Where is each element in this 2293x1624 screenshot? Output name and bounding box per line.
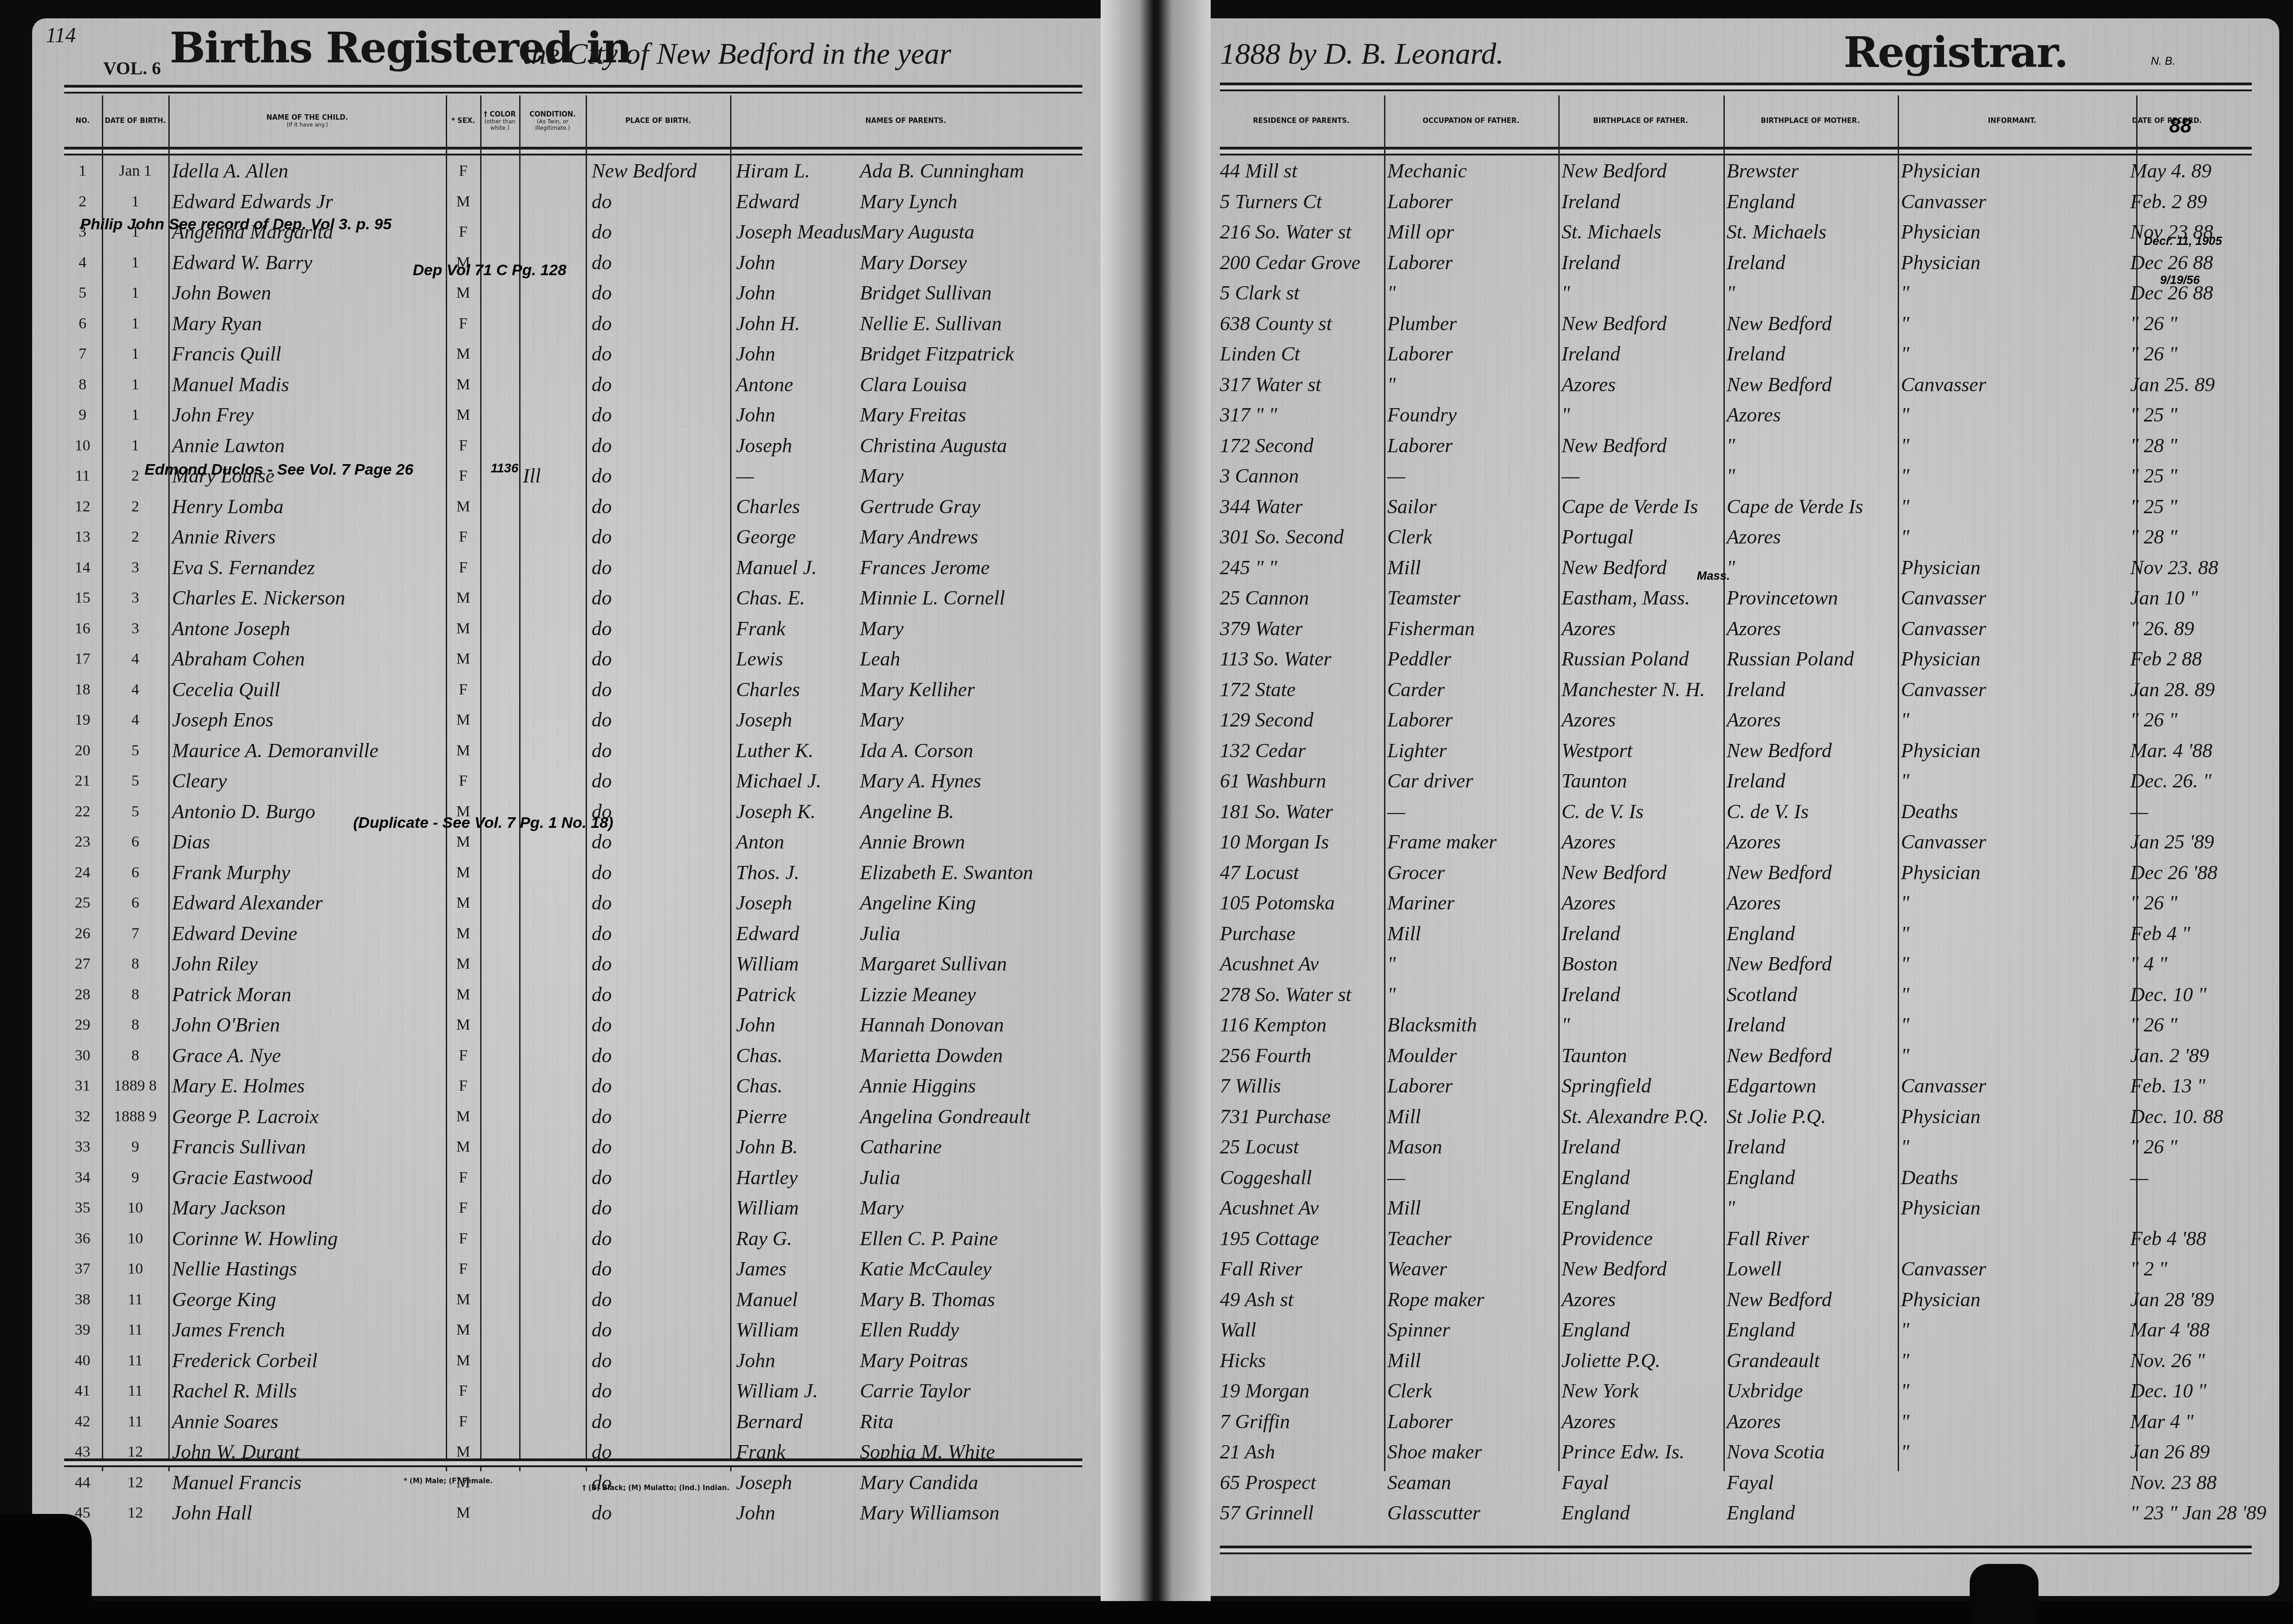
cell-mother: Minnie L. Cornell	[860, 583, 1089, 613]
cell-date: 9	[103, 1132, 167, 1162]
cell-residence: 10 Morgan Is	[1220, 827, 1383, 857]
cell-bp-mother: Ireland	[1727, 675, 1896, 705]
cell-place: do	[592, 705, 729, 735]
cell-residence: Acushnet Av	[1220, 949, 1383, 979]
cell-mother: Mary Freitas	[860, 400, 1089, 430]
table-row: 731 PurchaseMillSt. Alexandre P.Q.St Jol…	[1220, 1102, 2252, 1132]
table-row: 174Abraham CohenMdoLewisLeah	[64, 644, 1096, 674]
cell-father: John	[736, 339, 855, 369]
cell-name: Gracie Eastwood	[172, 1163, 447, 1193]
cell-date: 4	[103, 705, 167, 735]
cell-color	[484, 858, 516, 888]
cell-residence: 3 Cannon	[1220, 461, 1383, 491]
cell-bp-father: Westport	[1562, 736, 1724, 766]
cell-recorded	[2130, 1193, 2240, 1223]
cell-informant: "	[1901, 1376, 2126, 1406]
cell-mother: Julia	[860, 919, 1089, 949]
cell-father: Manuel J.	[736, 553, 855, 583]
scan-clip-shadow	[1970, 1564, 2038, 1624]
cell-mother: Gertrude Gray	[860, 492, 1089, 522]
cell-bp-father: England	[1562, 1315, 1724, 1345]
cell-informant	[1901, 1468, 2126, 1498]
cell-informant: Canvasser	[1901, 370, 2126, 400]
cell-no: 31	[64, 1071, 101, 1101]
table-row: 301 So. SecondClerkPortugalAzores"" 28 "	[1220, 522, 2252, 552]
cell-recorded: Jan. 2 '89	[2130, 1041, 2240, 1071]
cell-color	[484, 339, 516, 369]
cell-recorded: Dec. 26. "	[2130, 766, 2240, 796]
cell-father: Joseph K.	[736, 797, 855, 827]
cell-condition	[523, 736, 582, 766]
cell-father: Manuel	[736, 1285, 855, 1315]
cell-father: Joseph	[736, 888, 855, 918]
cell-bp-mother: Uxbridge	[1727, 1376, 1896, 1406]
cell-bp-father: Cape de Verde Is	[1562, 492, 1724, 522]
cell-condition	[523, 1041, 582, 1071]
cell-no: 15	[64, 583, 101, 613]
cell-name: Edward Alexander	[172, 888, 447, 918]
cell-condition	[523, 583, 582, 613]
cell-bp-mother: "	[1727, 431, 1896, 461]
table-row: 25 LocustMasonIrelandIreland"" 26 "	[1220, 1132, 2252, 1162]
cell-occupation: "	[1387, 278, 1557, 308]
cell-no: 12	[64, 492, 101, 522]
table-row: 317 " "Foundry"Azores"" 25 "	[1220, 400, 2252, 430]
table-row: 113 So. WaterPeddlerRussian PolandRussia…	[1220, 644, 2252, 674]
table-row: 349Gracie EastwoodFdoHartleyJulia	[64, 1163, 1096, 1193]
cell-informant: "	[1901, 309, 2126, 339]
cell-place: do	[592, 1193, 729, 1223]
cell-recorded: —	[2130, 1163, 2240, 1193]
cell-color	[484, 1346, 516, 1376]
cell-bp-father: Taunton	[1562, 766, 1724, 796]
cell-informant: "	[1901, 705, 2126, 735]
cell-name: Idella A. Allen	[172, 156, 447, 186]
table-row: 116 KemptonBlacksmith"Ireland"" 26 "	[1220, 1010, 2252, 1040]
cell-mother: Mary	[860, 1193, 1089, 1223]
cell-father: John	[736, 1346, 855, 1376]
cell-bp-mother: Azores	[1727, 888, 1896, 918]
cell-bp-mother: Azores	[1727, 827, 1896, 857]
cell-no: 24	[64, 858, 101, 888]
cell-bp-father: Joliette P.Q.	[1562, 1346, 1724, 1376]
cell-bp-father: "	[1562, 278, 1724, 308]
cell-occupation: Clerk	[1387, 1376, 1557, 1406]
cell-color	[484, 675, 516, 705]
volume-label: VOL. 6	[103, 57, 161, 79]
col-header-informant: Informant.	[1899, 95, 2126, 146]
table-row: 256Edward AlexanderMdoJosephAngeline Kin…	[64, 888, 1096, 918]
cell-sex: M	[449, 187, 477, 217]
cell-sex: F	[449, 1376, 477, 1406]
cell-occupation: Car driver	[1387, 766, 1557, 796]
cell-occupation: "	[1387, 949, 1557, 979]
table-row: Coggeshall—EnglandEnglandDeaths—	[1220, 1163, 2252, 1193]
cell-residence: 49 Ash st	[1220, 1285, 1383, 1315]
cell-condition	[523, 1193, 582, 1223]
scan-shadow	[0, 1601, 2293, 1624]
cell-informant: Canvasser	[1901, 675, 2126, 705]
cell-date: 11	[103, 1315, 167, 1345]
cell-condition	[523, 1468, 582, 1498]
cell-father: Antone	[736, 370, 855, 400]
cell-color	[484, 1407, 516, 1437]
cell-name: Manuel Madis	[172, 370, 447, 400]
cell-informant: Canvasser	[1901, 187, 2126, 217]
cell-residence: 195 Cottage	[1220, 1224, 1383, 1254]
cell-informant: Physician	[1901, 1285, 2126, 1315]
cell-place: do	[592, 461, 729, 491]
table-row: 172 StateCarderManchester N. H.IrelandCa…	[1220, 675, 2252, 705]
cell-place: New Bedford	[592, 156, 729, 186]
cell-occupation: Plumber	[1387, 309, 1557, 339]
cell-date: 1	[103, 309, 167, 339]
cell-color	[484, 1315, 516, 1345]
cell-condition	[523, 858, 582, 888]
cell-name: Edward Devine	[172, 919, 447, 949]
table-row: 132Annie RiversFdoGeorgeMary Andrews	[64, 522, 1096, 552]
table-row: 122Henry LombaMdoCharlesGertrude Gray	[64, 492, 1096, 522]
cell-place: do	[592, 919, 729, 949]
cell-bp-father: Taunton	[1562, 1041, 1724, 1071]
cell-occupation: Mariner	[1387, 888, 1557, 918]
cell-name: Annie Soares	[172, 1407, 447, 1437]
cell-no: 26	[64, 919, 101, 949]
cell-occupation: Seaman	[1387, 1468, 1557, 1498]
cell-color	[484, 1193, 516, 1223]
cell-father: Chas.	[736, 1041, 855, 1071]
cell-color	[484, 1254, 516, 1284]
cell-place: do	[592, 583, 729, 613]
table-row: 311889 8Mary E. HolmesFdoChas.Annie Higg…	[64, 1071, 1096, 1101]
cell-place: do	[592, 1132, 729, 1162]
cell-name: John Bowen	[172, 278, 447, 308]
cell-mother: Catharine	[860, 1132, 1089, 1162]
table-row: 21 AshShoe makerPrince Edw. Is.Nova Scot…	[1220, 1437, 2252, 1467]
cell-no: 30	[64, 1041, 101, 1071]
cell-color	[484, 949, 516, 979]
cell-date: 1	[103, 370, 167, 400]
cell-color	[484, 156, 516, 186]
table-row: 184Cecelia QuillFdoCharlesMary Kelliher	[64, 675, 1096, 705]
row5-recorded-amendment: 9/19/56	[2160, 273, 2200, 287]
cell-date: 12	[103, 1468, 167, 1498]
cell-condition	[523, 766, 582, 796]
cell-bp-father: New Bedford	[1562, 431, 1724, 461]
cell-color	[484, 553, 516, 583]
cell-condition	[523, 1285, 582, 1315]
cell-place: do	[592, 1346, 729, 1376]
cell-sex: M	[449, 339, 477, 369]
cell-bp-mother: Cape de Verde Is	[1727, 492, 1896, 522]
cell-residence: 172 State	[1220, 675, 1383, 705]
cell-informant: "	[1901, 1437, 2126, 1467]
cell-condition	[523, 949, 582, 979]
table-row: Acushnet AvMillEngland"Physician	[1220, 1193, 2252, 1223]
cell-bp-mother: Ireland	[1727, 248, 1896, 278]
cell-residence: 132 Cedar	[1220, 736, 1383, 766]
cell-father: William	[736, 949, 855, 979]
cell-name: Corinne W. Howling	[172, 1224, 447, 1254]
cell-name: Rachel R. Mills	[172, 1376, 447, 1406]
cell-residence: 278 So. Water st	[1220, 980, 1383, 1010]
cell-condition	[523, 675, 582, 705]
cell-no: 23	[64, 827, 101, 857]
cell-color	[484, 919, 516, 949]
cell-no: 10	[64, 431, 101, 461]
cell-bp-mother: Fall River	[1727, 1224, 1896, 1254]
cell-bp-mother: Azores	[1727, 522, 1896, 552]
table-row: 288Patrick MoranMdoPatrickLizzie Meaney	[64, 980, 1096, 1010]
cell-mother: Leah	[860, 644, 1089, 674]
cell-color	[484, 1041, 516, 1071]
cell-occupation: —	[1387, 1163, 1557, 1193]
cell-condition	[523, 888, 582, 918]
cell-sex: M	[449, 492, 477, 522]
cell-date: 11	[103, 1376, 167, 1406]
cell-residence: 47 Locust	[1220, 858, 1383, 888]
table-row: 7 WillisLaborerSpringfieldEdgartownCanva…	[1220, 1071, 2252, 1101]
cell-occupation: Glasscutter	[1387, 1498, 1557, 1528]
table-row: 49 Ash stRope makerAzoresNew BedfordPhys…	[1220, 1285, 2252, 1315]
table-row: 344 WaterSailorCape de Verde IsCape de V…	[1220, 492, 2252, 522]
corner-mark: N. B.	[2151, 55, 2175, 68]
table-row: 4011Frederick CorbeilMdoJohnMary Poitras	[64, 1346, 1096, 1376]
table-row: 4512John HallMdoJohnMary Williamson	[64, 1498, 1096, 1528]
cell-condition	[523, 1102, 582, 1132]
cell-bp-father: Ireland	[1562, 1132, 1724, 1162]
cell-occupation: Grocer	[1387, 858, 1557, 888]
cell-bp-mother: Grandeault	[1727, 1346, 1896, 1376]
cell-recorded: " 26 "	[2130, 339, 2240, 369]
cell-mother: Mary A. Hynes	[860, 766, 1089, 796]
cell-father: John	[736, 400, 855, 430]
cell-no: 5	[64, 278, 101, 308]
cell-name: John Riley	[172, 949, 447, 979]
table-row: 246Frank MurphyMdoThos. J.Elizabeth E. S…	[64, 858, 1096, 888]
cell-mother: Elizabeth E. Swanton	[860, 858, 1089, 888]
table-row: 143Eva S. FernandezFdoManuel J.Frances J…	[64, 553, 1096, 583]
cell-occupation: Blacksmith	[1387, 1010, 1557, 1040]
cell-informant: "	[1901, 1132, 2126, 1162]
table-row: 278 So. Water st"IrelandScotland"Dec. 10…	[1220, 980, 2252, 1010]
cell-name: Annie Lawton	[172, 431, 447, 461]
cell-father: Joseph Meadus	[736, 217, 855, 247]
cell-name: Edward Edwards Jr	[172, 187, 447, 217]
cell-occupation: "	[1387, 370, 1557, 400]
table-row: 7 GriffinLaborerAzoresAzores"Mar 4 "	[1220, 1407, 2252, 1437]
cell-father: James	[736, 1254, 855, 1284]
table-row: 3710Nellie HastingsFdoJamesKatie McCaule…	[64, 1254, 1096, 1284]
cell-date: 2	[103, 492, 167, 522]
cell-sex: M	[449, 583, 477, 613]
cell-recorded: " 2 "	[2130, 1254, 2240, 1284]
cell-father: Joseph	[736, 1468, 855, 1498]
cell-date: 10	[103, 1193, 167, 1223]
cell-condition	[523, 1071, 582, 1101]
cell-color	[484, 1163, 516, 1193]
cell-sex: M	[449, 1315, 477, 1345]
page-number: 114	[46, 23, 76, 47]
cell-father: Anton	[736, 827, 855, 857]
cell-color	[484, 1071, 516, 1101]
col-header-no: No.	[64, 95, 101, 146]
cell-mother: Annie Brown	[860, 827, 1089, 857]
cell-occupation: Sailor	[1387, 492, 1557, 522]
cell-informant: Canvasser	[1901, 1254, 2126, 1284]
cell-date: 1	[103, 187, 167, 217]
cell-date: 2	[103, 522, 167, 552]
cell-mother: Hannah Donovan	[860, 1010, 1089, 1040]
cell-no: 22	[64, 797, 101, 827]
cell-occupation: Mill	[1387, 919, 1557, 949]
cell-recorded: Nov 23. 88	[2130, 553, 2240, 583]
cell-place: do	[592, 1376, 729, 1406]
cell-bp-father: "	[1562, 400, 1724, 430]
correction-note-row4: Philip John See record of Dep. Vol 3. p.…	[80, 216, 392, 233]
cell-bp-mother: New Bedford	[1727, 1041, 1896, 1071]
cell-recorded: Jan 10 "	[2130, 583, 2240, 613]
cell-residence: 105 Potomska	[1220, 888, 1383, 918]
cell-sex: F	[449, 1407, 477, 1437]
cell-bp-mother: Russian Poland	[1727, 644, 1896, 674]
cell-residence: 256 Fourth	[1220, 1041, 1383, 1071]
cell-place: do	[592, 949, 729, 979]
cell-place: do	[592, 980, 729, 1010]
cell-name: James French	[172, 1315, 447, 1345]
cell-informant: "	[1901, 1010, 2126, 1040]
cell-name: Frederick Corbeil	[172, 1346, 447, 1376]
cell-recorded: Dec 26 '88	[2130, 858, 2240, 888]
table-row: 215ClearyFdoMichael J.Mary A. Hynes	[64, 766, 1096, 796]
cell-no: 34	[64, 1163, 101, 1193]
cell-bp-father: New Bedford	[1562, 309, 1724, 339]
cell-father: Chas.	[736, 1071, 855, 1101]
cell-informant: "	[1901, 1041, 2126, 1071]
table-row: 101Annie LawtonFdoJosephChristina August…	[64, 431, 1096, 461]
cell-bp-father: St. Alexandre P.Q.	[1562, 1102, 1724, 1132]
cell-name: George P. Lacroix	[172, 1102, 447, 1132]
table-row: 19 MorganClerkNew YorkUxbridge"Dec. 10 "	[1220, 1376, 2252, 1406]
cell-sex: M	[449, 919, 477, 949]
cell-informant: "	[1901, 980, 2126, 1010]
cell-occupation: Laborer	[1387, 339, 1557, 369]
cell-place: do	[592, 278, 729, 308]
cell-name: Charles E. Nickerson	[172, 583, 447, 613]
table-row: 298John O'BrienMdoJohnHannah Donovan	[64, 1010, 1096, 1040]
cell-sex: M	[449, 1346, 477, 1376]
cell-place: do	[592, 217, 729, 247]
cell-no: 25	[64, 888, 101, 918]
cell-color	[484, 217, 516, 247]
cell-bp-father: Azores	[1562, 370, 1724, 400]
cell-place: do	[592, 675, 729, 705]
cell-occupation: Mill	[1387, 1102, 1557, 1132]
table-row: 638 County stPlumberNew BedfordNew Bedfo…	[1220, 309, 2252, 339]
right-column-headers: Residence of Parents. Occupation of Fath…	[1220, 95, 2252, 146]
cell-no: 7	[64, 339, 101, 369]
cell-mother: Clara Louisa	[860, 370, 1089, 400]
cell-place: do	[592, 1468, 729, 1498]
table-row: 81Manuel MadisMdoAntoneClara Louisa	[64, 370, 1096, 400]
cell-sex: F	[449, 156, 477, 186]
cell-bp-mother: Ireland	[1727, 339, 1896, 369]
cell-color	[484, 1132, 516, 1162]
cell-name: Antone Joseph	[172, 614, 447, 644]
table-row: 245 " "MillNew Bedford"PhysicianNov 23. …	[1220, 553, 2252, 583]
cell-place: do	[592, 1285, 729, 1315]
cell-color	[484, 1224, 516, 1254]
cell-informant: "	[1901, 278, 2126, 308]
cell-bp-mother: Fayal	[1727, 1468, 1896, 1498]
cell-date: 3	[103, 553, 167, 583]
table-row: 216 So. Water stMill oprSt. MichaelsSt. …	[1220, 217, 2252, 247]
cell-no: 35	[64, 1193, 101, 1223]
table-row: 278John RileyMdoWilliamMargaret Sullivan	[64, 949, 1096, 979]
cell-recorded: " 23 " Jan 28 '89	[2130, 1498, 2240, 1528]
cell-name: Henry Lomba	[172, 492, 447, 522]
cell-bp-mother: Azores	[1727, 705, 1896, 735]
cell-color	[484, 1498, 516, 1528]
cell-place: do	[592, 339, 729, 369]
cell-sex: F	[449, 1163, 477, 1193]
cell-condition	[523, 1224, 582, 1254]
cell-sex: F	[449, 1193, 477, 1223]
table-row: 181 So. Water—C. de V. IsC. de V. IsDeat…	[1220, 797, 2252, 827]
cell-mother: Mary	[860, 705, 1089, 735]
cell-recorded: " 26 "	[2130, 1010, 2240, 1040]
cell-date: 3	[103, 614, 167, 644]
cell-date: 11	[103, 1346, 167, 1376]
cell-residence: Purchase	[1220, 919, 1383, 949]
cell-condition	[523, 370, 582, 400]
cell-color	[484, 278, 516, 308]
reference-note-row11: Edmond Duclos - See Vol. 7 Page 26	[144, 461, 413, 479]
cell-occupation: Laborer	[1387, 431, 1557, 461]
cell-father: John	[736, 248, 855, 278]
ledger-right-page: 1888 by D. B. Leonard. Registrar. N. B. …	[1211, 18, 2279, 1596]
table-row: 105 PotomskaMarinerAzoresAzores"" 26 "	[1220, 888, 2252, 918]
cell-bp-mother: Azores	[1727, 400, 1896, 430]
cell-recorded: Jan 25 '89	[2130, 827, 2240, 857]
cell-bp-mother: England	[1727, 187, 1896, 217]
cell-sex: M	[449, 614, 477, 644]
cell-sex: M	[449, 1132, 477, 1162]
cell-father: Ray G.	[736, 1224, 855, 1254]
cell-name: Joseph Enos	[172, 705, 447, 735]
cell-bp-father: Ireland	[1562, 339, 1724, 369]
cell-color	[484, 522, 516, 552]
cell-date: 10	[103, 1254, 167, 1284]
cell-occupation: Weaver	[1387, 1254, 1557, 1284]
cell-occupation: Teacher	[1387, 1224, 1557, 1254]
cell-recorded: Jan 28 '89	[2130, 1285, 2240, 1315]
cell-place: do	[592, 309, 729, 339]
cell-informant: "	[1901, 461, 2126, 491]
cell-sex: F	[449, 766, 477, 796]
cell-occupation: Mason	[1387, 1132, 1557, 1162]
cell-mother: Mary Andrews	[860, 522, 1089, 552]
cell-mother: Angeline B.	[860, 797, 1089, 827]
cell-mother: Bridget Fitzpatrick	[860, 339, 1089, 369]
cell-father: John H.	[736, 309, 855, 339]
book-spine	[1101, 0, 1211, 1624]
cell-place: do	[592, 858, 729, 888]
cell-condition	[523, 309, 582, 339]
cell-father: Charles	[736, 492, 855, 522]
cell-condition	[523, 431, 582, 461]
col-header-child-name: Name of the Child.(If it have any.)	[170, 95, 445, 146]
